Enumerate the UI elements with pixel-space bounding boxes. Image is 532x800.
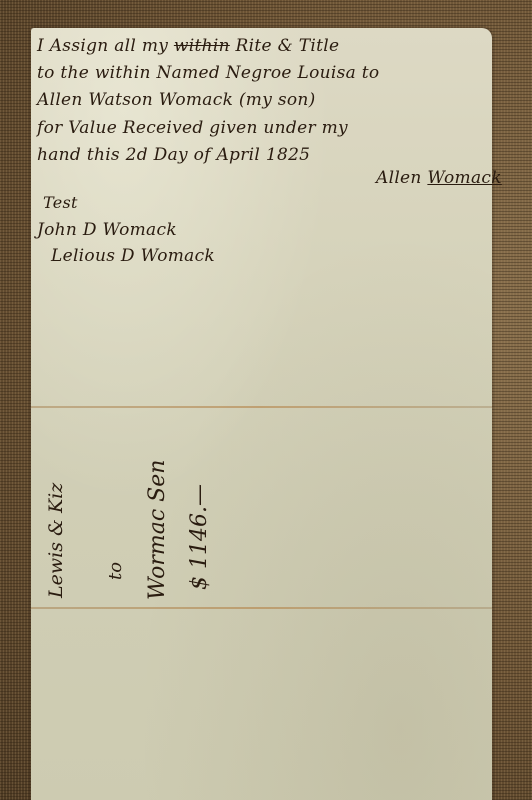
- witness-signature-2: Lelious D Womack: [51, 246, 215, 266]
- body-line-5: hand this 2d Day of April 1825: [37, 145, 310, 165]
- struck-word: within: [174, 36, 230, 56]
- docket-line-2: to: [105, 562, 126, 580]
- body-text: Rite & Title: [230, 36, 339, 56]
- grantor-signature: Allen Womack: [376, 168, 502, 188]
- attest-label: Test: [43, 193, 78, 212]
- document-paper: I Assign all my within Rite & Title to t…: [31, 28, 492, 800]
- witness-signature-1: John D Womack: [37, 220, 177, 240]
- fold-line: [31, 406, 492, 408]
- signature-surname: Womack: [427, 168, 501, 188]
- docket-line-3: Wormac Sen: [145, 460, 170, 600]
- docket-endorsement: Lewis & Kiz to Wormac Sen $ 1146.—: [33, 420, 263, 620]
- docket-amount: $ 1146.—: [187, 484, 212, 590]
- docket-line-1: Lewis & Kiz: [45, 483, 67, 598]
- body-line-1: I Assign all my within Rite & Title: [37, 36, 339, 56]
- body-line-2: to the within Named Negroe Louisa to: [37, 63, 379, 83]
- body-line-3: Allen Watson Womack (my son): [37, 90, 316, 110]
- body-text: I Assign all my: [37, 36, 174, 56]
- body-line-4: for Value Received given under my: [37, 118, 348, 138]
- signature-first: Allen: [376, 168, 427, 188]
